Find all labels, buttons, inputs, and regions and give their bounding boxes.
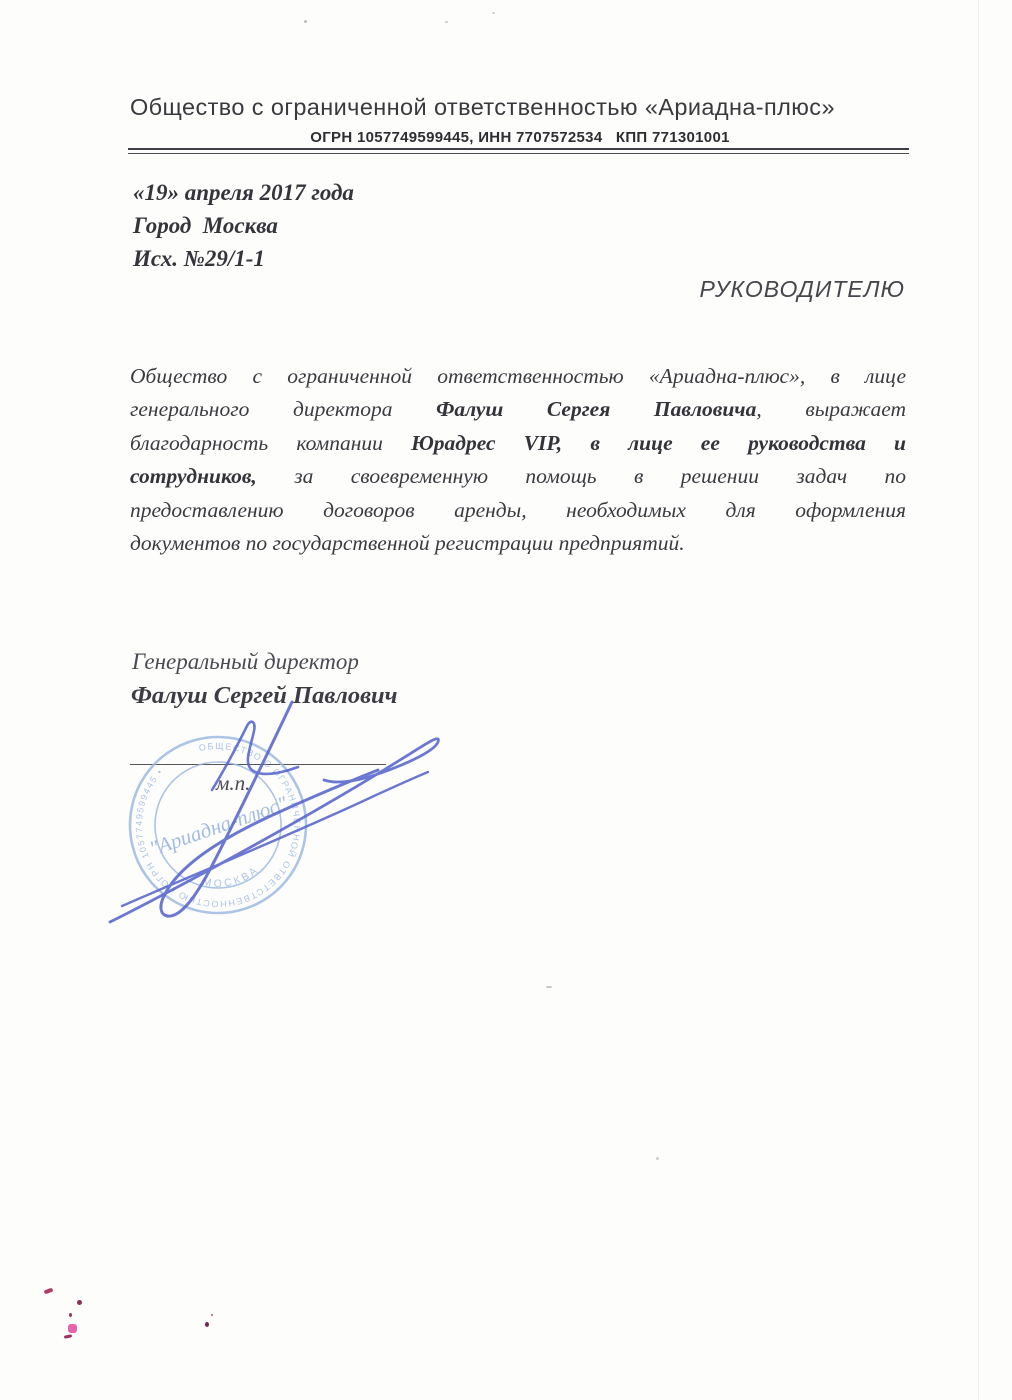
letter-meta-block: «19» апреля 2017 года Город Москва Исх. … — [133, 176, 354, 275]
scanned-letter-page: Общество с ограниченной ответственностью… — [0, 0, 1012, 1400]
body-line: документов по государственной регистраци… — [130, 531, 906, 564]
body-text-segment: предоставлению договоров аренды, необход… — [130, 498, 906, 522]
body-line: предоставлению договоров аренды, необход… — [130, 498, 906, 531]
scan-speck — [211, 1314, 213, 1316]
handwritten-signature — [80, 683, 470, 938]
scan-speck — [546, 986, 552, 988]
header-divider — [128, 148, 909, 154]
company-registration-line: ОГРН 1057749599445, ИНН 7707572534 КПП 7… — [130, 129, 910, 146]
body-text-segment: сотрудников, — [130, 464, 257, 488]
body-text-segment: Фалуш Сергея Павловича — [436, 397, 756, 421]
scan-speck — [68, 1324, 77, 1333]
letter-date: «19» апреля 2017 года — [133, 176, 354, 209]
scan-edge-artifact — [978, 0, 979, 1400]
body-line: благодарность компании Юрадрес VIP, в ли… — [130, 431, 906, 464]
body-text-segment: Общество с ограниченной ответственностью… — [130, 364, 906, 388]
scan-speck — [304, 20, 307, 23]
scan-speck — [77, 1300, 82, 1305]
body-line: генерального директора Фалуш Сергея Павл… — [130, 397, 906, 430]
signature-stroke-parallel — [122, 772, 428, 906]
scan-speck — [656, 1157, 659, 1160]
body-text-segment: благодарность компании — [130, 431, 411, 455]
body-line: сотрудников, за своевременную помощь в р… — [130, 464, 906, 497]
body-text-segment: Юрадрес VIP, в лице ее руководства и — [411, 431, 906, 455]
scan-speck — [205, 1322, 209, 1327]
scan-speck — [69, 1313, 72, 1317]
signoff-position-title: Генеральный директор — [132, 649, 359, 675]
letter-outgoing-ref: Исх. №29/1-1 — [133, 242, 354, 275]
scan-speck — [445, 21, 448, 23]
letter-body: Общество с ограниченной ответственностью… — [130, 364, 906, 564]
scan-speck — [492, 12, 495, 14]
signature-stroke-flourish — [110, 739, 438, 922]
body-text-segment: документов по государственной регистраци… — [130, 531, 685, 555]
company-name-heading: Общество с ограниченной ответственностью… — [130, 94, 835, 121]
scan-speck — [44, 1288, 54, 1295]
body-text-segment: , выражает — [756, 397, 906, 421]
body-text-segment: генерального директора — [130, 397, 436, 421]
body-text-segment: за своевременную помощь в решении задач … — [257, 464, 906, 488]
body-line: Общество с ограниченной ответственностью… — [130, 364, 906, 397]
letter-city: Город Москва — [133, 209, 354, 242]
addressee-line: РУКОВОДИТЕЛЮ — [700, 276, 905, 303]
scan-speck — [64, 1334, 72, 1339]
